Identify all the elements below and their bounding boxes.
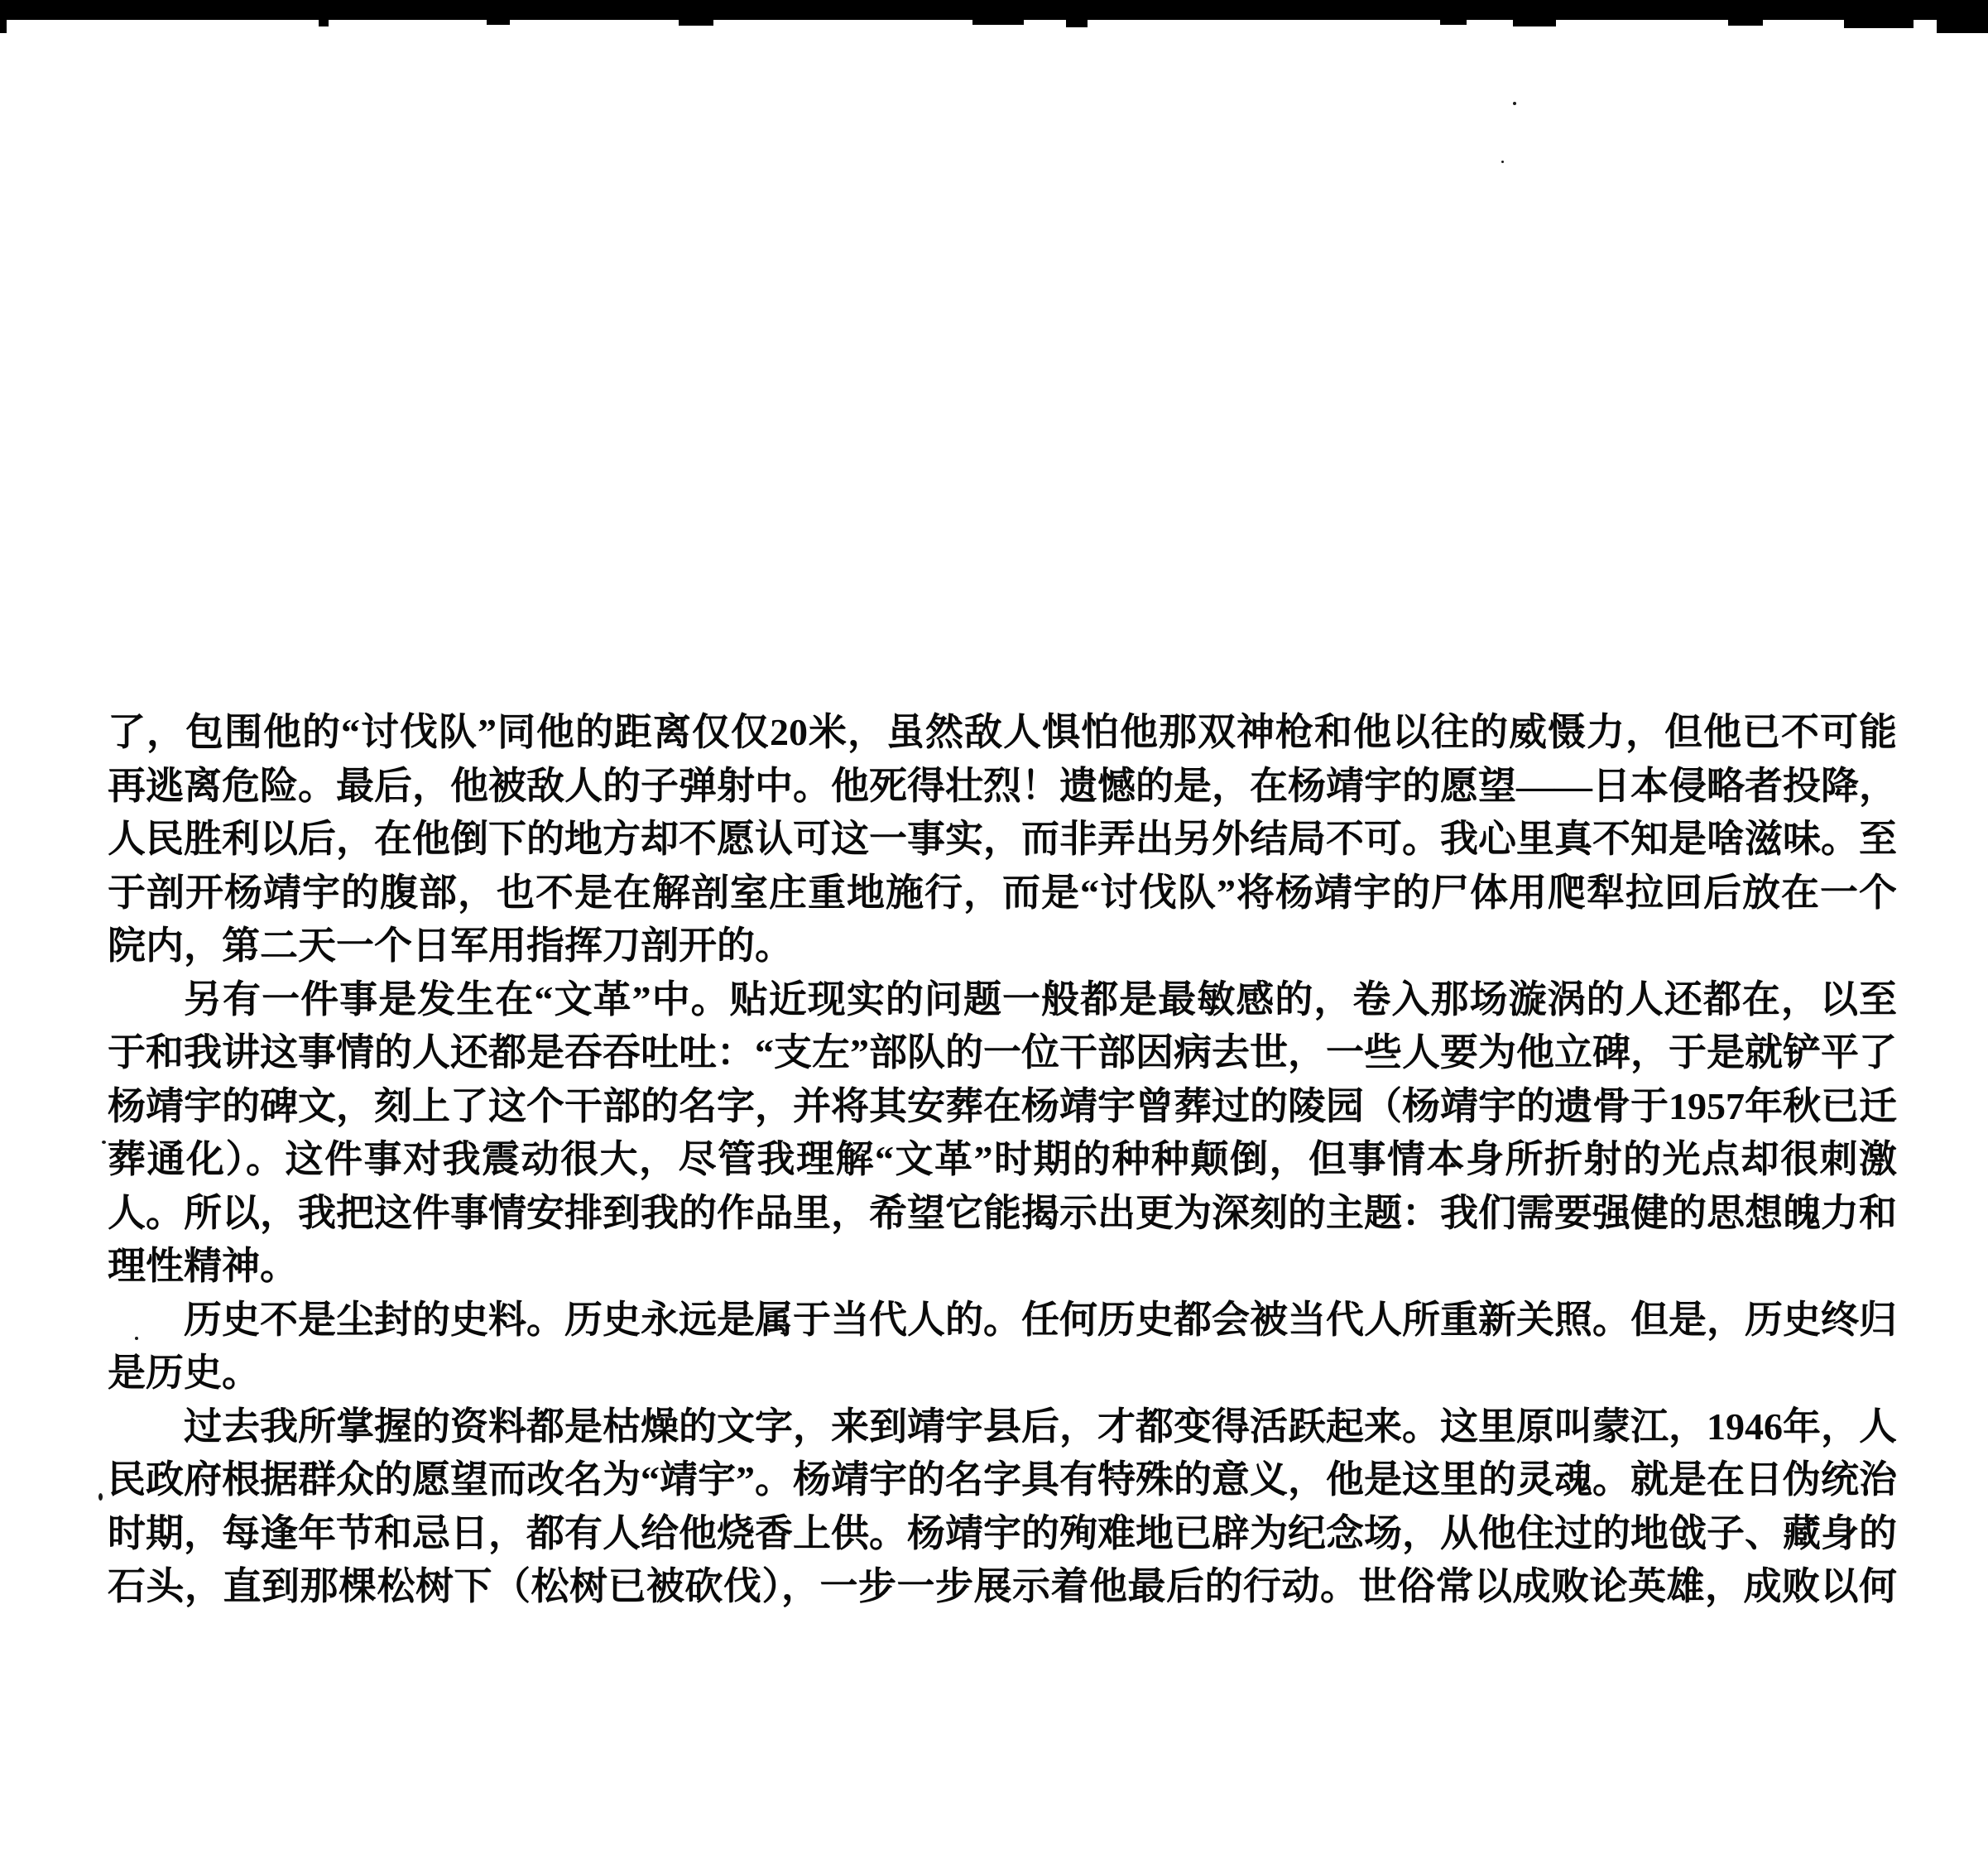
paragraph-2: 另有一件事是发生在“文革”中。贴近现实的问题一般都是最敏感的，卷入那场漩涡的人还… (108, 973, 1897, 1294)
paragraph-3: 历史不是尘封的史料。历史永远是属于当代人的。任何历史都会被当代人所重新关照。但是… (108, 1294, 1897, 1400)
text-line: 于剖开杨靖宇的腹部，也不是在解剖室庄重地施行，而是“讨伐队”将杨靖宇的尸体用爬犁… (108, 867, 1897, 920)
text-line: 民政府根据群众的愿望而改名为“靖宇”。杨靖宇的名字具有特殊的意义，他是这里的灵魂… (108, 1453, 1897, 1507)
text-line: 了，包围他的“讨伐队”同他的距离仅仅20米，虽然敌人惧怕他那双神枪和他以往的威慑… (108, 706, 1897, 760)
scan-edge-artifact (0, 0, 1988, 20)
scan-speck (102, 1141, 106, 1144)
scanned-book-page: { "page": { "type": "scanned-book-page",… (0, 0, 1988, 1854)
scan-speck (1501, 161, 1504, 163)
text-block: 了，包围他的“讨伐队”同他的距离仅仅20米，虽然敌人惧怕他那双神枪和他以往的威慑… (108, 706, 1897, 1614)
text-line: 人民胜利以后，在他倒下的地方却不愿认可这一事实，而非弄出另外结局不可。我心里真不… (108, 813, 1897, 867)
text-line: 院内，第二天一个日军用指挥刀剖开的。 (108, 920, 1897, 973)
text-line: 过去我所掌握的资料都是枯燥的文字，来到靖宇县后，才都变得活跃起来。这里原叫蒙江，… (108, 1400, 1897, 1454)
paragraph-1: 了，包围他的“讨伐队”同他的距离仅仅20米，虽然敌人惧怕他那双神枪和他以往的威慑… (108, 706, 1897, 973)
text-line: 再逃离危险。最后，他被敌人的子弹射中。他死得壮烈！遗憾的是，在杨靖宇的愿望——日… (108, 760, 1897, 814)
text-line: 是历史。 (108, 1347, 1897, 1400)
text-line: 石头，直到那棵松树下（松树已被砍伐），一步一步展示着他最后的行动。世俗常以成败论… (108, 1560, 1897, 1614)
text-line: 于和我讲这事情的人还都是吞吞吐吐：“支左”部队的一位干部因病去世，一些人要为他立… (108, 1026, 1897, 1080)
text-line: 历史不是尘封的史料。历史永远是属于当代人的。任何历史都会被当代人所重新关照。但是… (108, 1294, 1897, 1347)
text-line: 杨靖宇的碑文，刻上了这个干部的名字，并将其安葬在杨靖宇曾葬过的陵园（杨靖宇的遗骨… (108, 1080, 1897, 1134)
paragraph-4: 过去我所掌握的资料都是枯燥的文字，来到靖宇县后，才都变得活跃起来。这里原叫蒙江，… (108, 1400, 1897, 1614)
scan-speck (98, 1493, 103, 1501)
scan-speck (1513, 102, 1516, 105)
text-line: 理性精神。 (108, 1240, 1897, 1294)
text-line: 时期，每逢年节和忌日，都有人给他烧香上供。杨靖宇的殉难地已辟为纪念场，从他住过的… (108, 1507, 1897, 1561)
text-line: 另有一件事是发生在“文革”中。贴近现实的问题一般都是最敏感的，卷入那场漩涡的人还… (108, 973, 1897, 1027)
text-line: 人。所以，我把这件事情安排到我的作品里，希望它能揭示出更为深刻的主题：我们需要强… (108, 1187, 1897, 1241)
text-line: 葬通化）。这件事对我震动很大，尽管我理解“文革”时期的种种颠倒，但事情本身所折射… (108, 1133, 1897, 1187)
